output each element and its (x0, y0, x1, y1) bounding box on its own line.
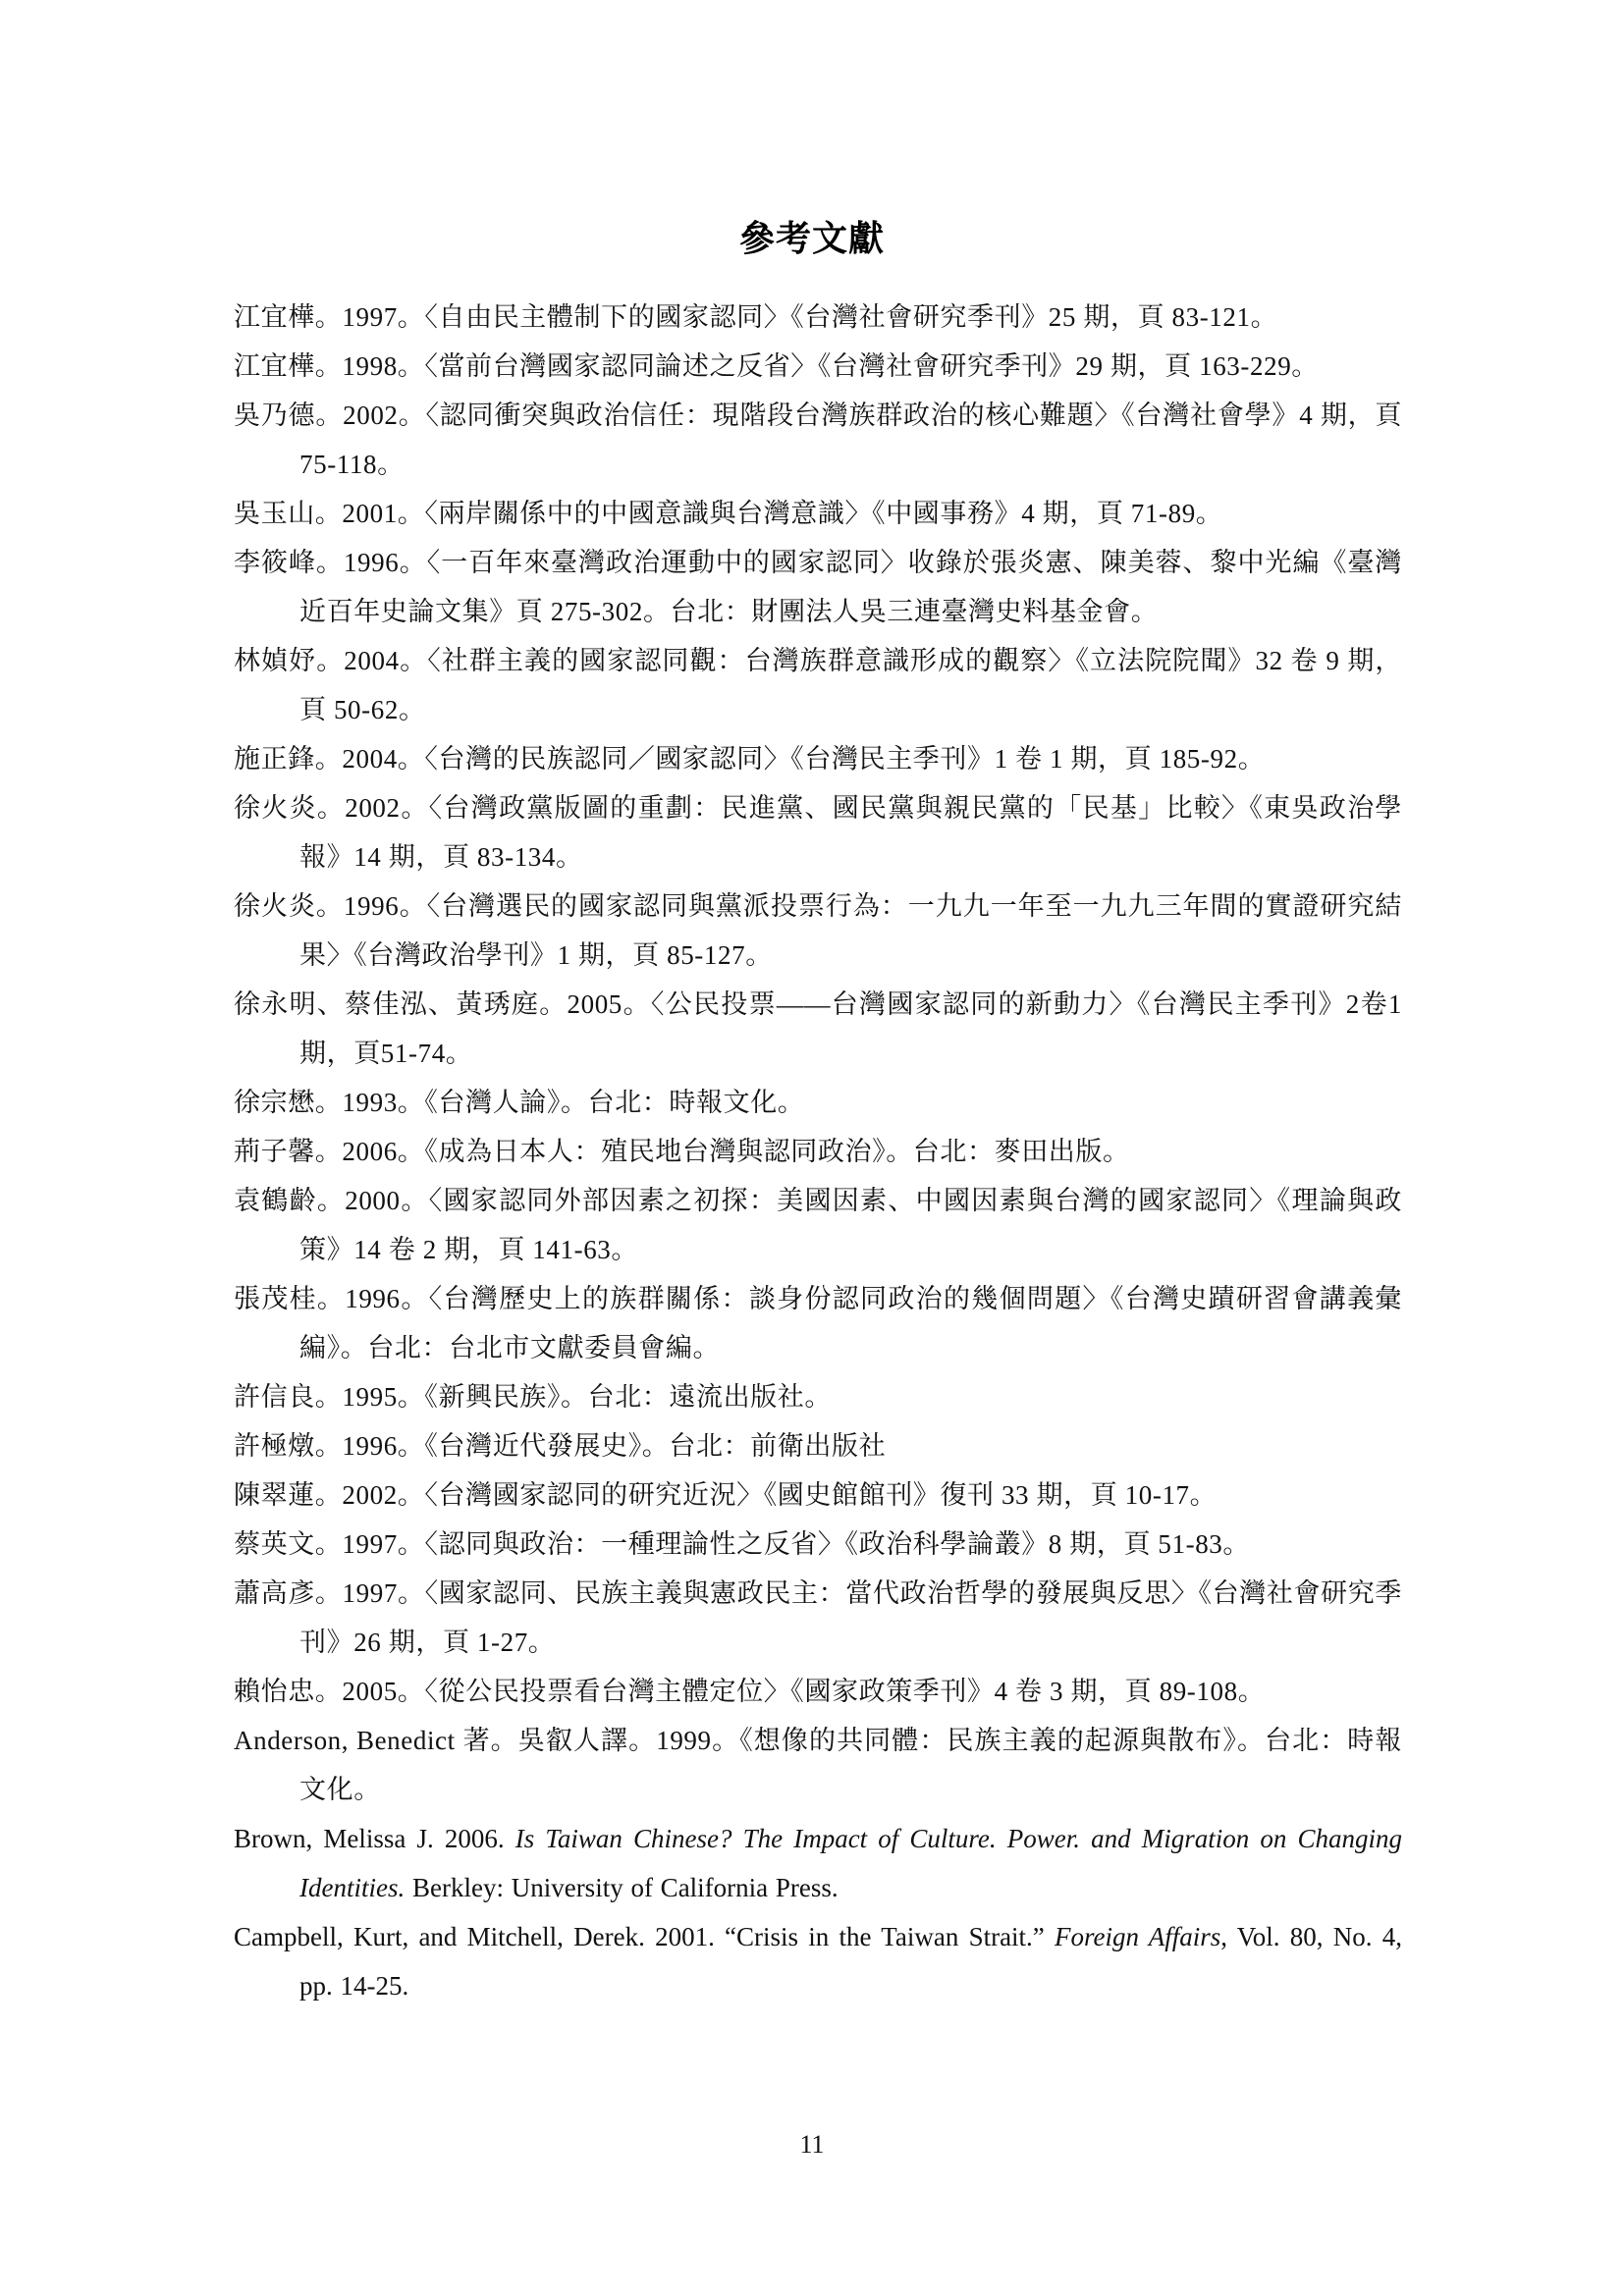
page-title: 參考文獻 (0, 218, 1624, 261)
reference-item: 吳玉山。2001。〈兩岸關係中的中國意識與台灣意識〉《中國事務》4 期，頁 71… (234, 489, 1402, 538)
reference-item: 李筱峰。1996。〈一百年來臺灣政治運動中的國家認同〉收錄於張炎憲、陳美蓉、黎中… (234, 538, 1402, 636)
reference-list: 江宜樺。1997。〈自由民主體制下的國家認同〉《台灣社會研究季刊》25 期，頁 … (234, 293, 1402, 2010)
reference-journal-title: Foreign Affairs (1055, 1922, 1220, 1951)
reference-item: 徐永明、蔡佳泓、黃琇庭。2005。〈公民投票——台灣國家認同的新動力〉《台灣民主… (234, 980, 1402, 1078)
reference-item: 徐火炎。1996。〈台灣選民的國家認同與黨派投票行為：一九九一年至一九九三年間的… (234, 881, 1402, 980)
page-number: 11 (0, 2130, 1624, 2160)
reference-item: 吳乃德。2002。〈認同衝突與政治信任：現階段台灣族群政治的核心難題〉《台灣社會… (234, 391, 1402, 489)
reference-item: 蕭高彥。1997。〈國家認同、民族主義與憲政民主：當代政治哲學的發展與反思〉《台… (234, 1569, 1402, 1667)
reference-item: 林媜妤。2004。〈社群主義的國家認同觀：台灣族群意識形成的觀察〉《立法院院聞》… (234, 636, 1402, 734)
reference-item: 徐火炎。2002。〈台灣政黨版圖的重劃：民進黨、國民黨與親民黨的「民基」比較〉《… (234, 783, 1402, 881)
reference-item: 陳翠蓮。2002。〈台灣國家認同的研究近況〉《國史館館刊》復刊 33 期，頁 1… (234, 1470, 1402, 1520)
reference-item: 蔡英文。1997。〈認同與政治：一種理論性之反省〉《政治科學論叢》8 期，頁 5… (234, 1520, 1402, 1569)
reference-publisher: Berkley: University of California Press. (405, 1873, 838, 1902)
reference-item: 徐宗懋。1993。《台灣人論》。台北：時報文化。 (234, 1078, 1402, 1127)
reference-item: Campbell, Kurt, and Mitchell, Derek. 200… (234, 1912, 1402, 2010)
reference-item: 賴怡忠。2005。〈從公民投票看台灣主體定位〉《國家政策季刊》4 卷 3 期，頁… (234, 1667, 1402, 1716)
reference-item: 許信良。1995。《新興民族》。台北：遠流出版社。 (234, 1372, 1402, 1421)
reference-author-year: Brown, Melissa J. 2006. (234, 1824, 515, 1853)
document-page: 參考文獻 江宜樺。1997。〈自由民主體制下的國家認同〉《台灣社會研究季刊》25… (0, 0, 1624, 2296)
reference-item: 江宜樺。1997。〈自由民主體制下的國家認同〉《台灣社會研究季刊》25 期，頁 … (234, 293, 1402, 342)
reference-author-year: Campbell, Kurt, and Mitchell, Derek. 200… (234, 1922, 1055, 1951)
reference-item: Brown, Melissa J. 2006. Is Taiwan Chines… (234, 1814, 1402, 1912)
reference-item: 荊子馨。2006。《成為日本人：殖民地台灣與認同政治》。台北：麥田出版。 (234, 1127, 1402, 1176)
reference-item: 袁鶴齡。2000。〈國家認同外部因素之初探：美國因素、中國因素與台灣的國家認同〉… (234, 1176, 1402, 1274)
reference-item: 許極燉。1996。《台灣近代發展史》。台北：前衛出版社 (234, 1421, 1402, 1470)
reference-item: 施正鋒。2004。〈台灣的民族認同／國家認同〉《台灣民主季刊》1 卷 1 期，頁… (234, 734, 1402, 783)
reference-item: 江宜樺。1998。〈當前台灣國家認同論述之反省〉《台灣社會研究季刊》29 期，頁… (234, 342, 1402, 391)
reference-item: Anderson, Benedict 著。吳叡人譯。1999。《想像的共同體：民… (234, 1716, 1402, 1814)
reference-item: 張茂桂。1996。〈台灣歷史上的族群關係：談身份認同政治的幾個問題〉《台灣史蹟研… (234, 1274, 1402, 1372)
